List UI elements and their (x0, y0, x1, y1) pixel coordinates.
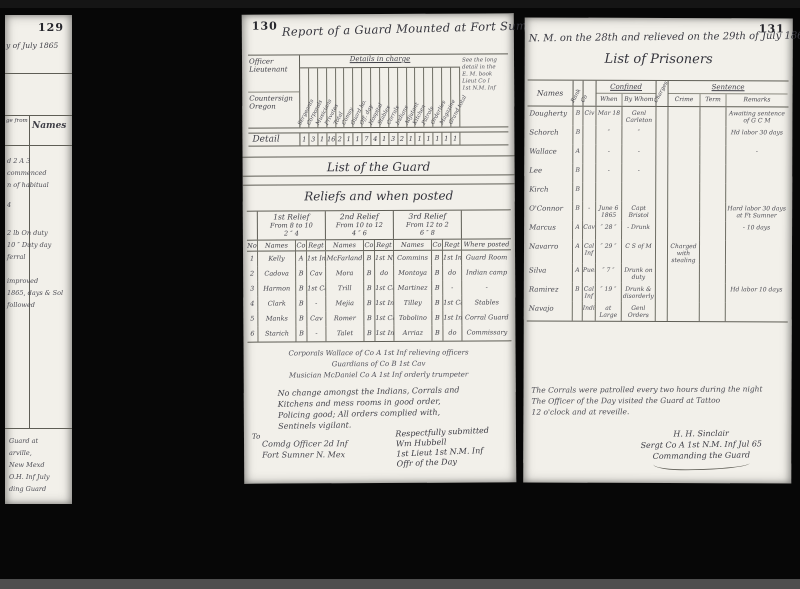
cell-co: A (296, 251, 307, 266)
cell-by-whom: Drunk on duty (622, 264, 656, 283)
cell-charges (656, 240, 668, 264)
cell-co (583, 145, 596, 164)
cell-prisoner-name: Navarro (527, 240, 573, 264)
prisoner-row: Marcus A Cav ″ 28 ″ - Drunk - 10 days (527, 221, 788, 241)
cell-by-whom: Genl Carleton (622, 107, 656, 126)
relief-hours: From 10 to 12 (326, 221, 393, 229)
cell-when-confined: June 6 1865 (596, 202, 622, 221)
cell-co: Cal Inf (583, 240, 596, 264)
prisoner-row: Wallace A - - - (527, 145, 788, 165)
header-term: Term (701, 94, 727, 106)
relief-rows: 1 Kelly A 1st Inf McFarland B 1st NM Com… (247, 250, 511, 341)
page-number-130: 130 (252, 20, 278, 33)
cell-no: 1 (247, 252, 258, 267)
closing-address: Comdg Officer 2d InfFort Sumner N. Mex (262, 438, 348, 460)
col-co: Co (432, 240, 443, 250)
cell-where-posted: Commissary (462, 325, 511, 340)
cell-rank: A (573, 221, 583, 240)
detail-row-label: Detail (248, 133, 300, 145)
detail-count-cell: 1 (434, 133, 443, 145)
header-confined-subcolumns: When By Whom (597, 94, 656, 106)
ledger-fragment: ferral (7, 251, 71, 263)
col-co: Co (364, 240, 375, 250)
col-regt: Regt (307, 240, 326, 250)
cell-co: Pueblo (583, 264, 596, 283)
cell-when-confined (596, 183, 622, 202)
detail-count-cell: 1 (300, 133, 309, 145)
signature-flourish (654, 462, 750, 470)
cell-by-whom: - Drunk (622, 221, 656, 240)
cell-crime (668, 283, 700, 302)
cell-charges (656, 302, 668, 321)
cell-co: B (364, 311, 375, 326)
cell-term (700, 264, 726, 283)
relief-row: 4 Clark B - Mejia B 1st Inf Tilley B 1st… (247, 295, 511, 311)
rule-line (5, 145, 72, 146)
relief-title: 2nd Relief (326, 212, 393, 221)
relief-row: 5 Manks B Cav Romer B 1st Cav Tobolino B… (247, 310, 511, 326)
cell-regt: - (307, 296, 326, 311)
relief-hours-2: 6 ″ 8 (394, 229, 461, 237)
cell-rank: A (573, 264, 583, 283)
cell-name: Martinez (394, 281, 432, 296)
countersign-label: Countersign (249, 94, 293, 102)
cell-term (700, 302, 726, 321)
scan-top-edge (0, 0, 800, 8)
cell-term (700, 183, 726, 202)
detail-count-cell: 4 (371, 133, 380, 145)
col-names: Names (394, 240, 432, 250)
cell-name: Starich (258, 326, 296, 341)
header-when: When (597, 94, 623, 106)
scan-bottom-edge (0, 579, 800, 589)
cell-when-confined: ″ (596, 126, 622, 145)
cell-by-whom: ″ (622, 126, 656, 145)
prisoners-page-131: 131 N. M. on the 28th and relieved on th… (523, 18, 793, 484)
cell-name: Arriaz (394, 326, 432, 341)
ledger-fragment: New Mexd (9, 459, 71, 471)
cell-regt: 1st Cav (443, 296, 462, 311)
cell-name: Mora (326, 266, 364, 281)
cell-charges (656, 126, 668, 145)
cell-prisoner-name: Dougherty (527, 107, 573, 126)
patrol-remark-line: The Corrals were patrolled every two hou… (531, 383, 785, 395)
cell-rank: B (573, 164, 583, 183)
cell-by-whom: Drunk & disorderly (622, 283, 656, 302)
prisoner-row: Kirch B (527, 183, 788, 203)
cell-remarks: Hard labor 30 days at Ft Sumner (726, 202, 787, 221)
cell-co (583, 126, 596, 145)
cell-rank: B (573, 107, 583, 126)
col-no: No (247, 241, 258, 251)
cell-charges (656, 202, 668, 221)
cell-co (583, 164, 596, 183)
cell-remarks (726, 240, 787, 264)
column-header-fragment: ge from (6, 118, 28, 125)
col-where-posted: Where posted (462, 239, 511, 249)
detail-side-note: See the longdetail in theE. M. bookLieut… (460, 54, 508, 126)
relief-row: 6 Starich B - Talet B 1st Inf Arriaz B d… (247, 325, 511, 341)
cell-when-confined: at Large (596, 302, 622, 321)
cell-no: 6 (247, 327, 258, 342)
detail-count-cell: 3 (309, 133, 318, 145)
officer-label: Officer (249, 58, 273, 66)
ledger-fragment: ding Guard (9, 483, 71, 495)
col-regt: Regt (375, 240, 394, 250)
relief-table: 1st Relief From 8 to 10 2 ″ 4 2nd Relief… (247, 209, 512, 342)
ledger-fragment: improved (7, 275, 71, 287)
relief-group-2: 2nd Relief From 10 to 12 4 ″ 6 (326, 211, 394, 239)
officer-cell: Officer Lieutenant (248, 55, 299, 92)
guard-report-page-130: 130 Report of a Guard Mounted at Fort Su… (242, 13, 516, 483)
prisoner-row: Ramirez B Cal Inf ″ 19 ″ Drunk & disorde… (527, 283, 788, 303)
cell-remarks: Hd labor 10 days (726, 283, 787, 302)
cell-when-confined: ″ 19 ″ (596, 283, 622, 302)
cell-rank: B (573, 126, 583, 145)
ledger-fragment: Guard at (9, 435, 71, 447)
cell-charges (656, 107, 668, 126)
header-remarks: Remarks (727, 94, 788, 106)
relief-row: 1 Kelly A 1st Inf McFarland B 1st NM Com… (247, 250, 511, 266)
cell-prisoner-name: Silva (527, 264, 573, 283)
ledger-fragment: followed (7, 299, 71, 311)
cell-remarks (726, 264, 787, 283)
relief-row: 2 Cadova B Cav Mora B do Montoya B do In… (247, 265, 511, 281)
cell-name: Trill (326, 281, 364, 296)
cell-rank: A (573, 240, 583, 264)
relief-post-corner (462, 210, 511, 238)
cell-regt: do (443, 326, 462, 341)
cell-name: Talet (326, 326, 364, 341)
guard-commander-signature: H. H. Sinclair Sergt Co A 1st N.M. Inf J… (631, 427, 772, 471)
detail-count-cell: 1 (407, 133, 416, 145)
cell-when-confined: ″ 7 ″ (596, 264, 622, 283)
cell-no: 4 (247, 297, 258, 312)
header-crime: Crime (669, 94, 701, 106)
cell-name: Manks (258, 311, 296, 326)
ledger-fragments: d 2 A 3 commencedn of habitual42 lb On d… (7, 155, 71, 311)
cell-regt: 1st Inf (375, 296, 394, 311)
cell-remarks (726, 302, 787, 321)
cell-co: B (364, 326, 375, 341)
cell-regt: 1st Inf (443, 311, 462, 326)
cell-crime (668, 164, 700, 183)
ledger-fragment: d 2 A 3 commenced (7, 155, 71, 179)
detail-count-cell: 1 (345, 133, 354, 145)
cell-where-posted: Stables (462, 295, 511, 310)
cell-by-whom: C S of M (622, 240, 656, 264)
report-title: Report of a Guard Mounted at Fort Sum (282, 19, 512, 39)
relief-title: 1st Relief (258, 212, 325, 221)
cell-remarks: - (726, 145, 787, 164)
guard-list-heading: List of the Guard (243, 155, 515, 176)
prisoner-rows: Dougherty B Civ Mar 18 Genl Carleton Awa… (527, 107, 789, 322)
cell-charges (656, 264, 668, 283)
cell-crime (668, 145, 700, 164)
detail-count-cells: 1311621174132111111 (300, 133, 460, 146)
cell-name: Tilley (394, 296, 432, 311)
ledger-fragment: 10 ″ Duty day (7, 239, 71, 251)
cell-crime: Charged with stealing (668, 240, 700, 264)
cell-regt: 1st Cav (375, 281, 394, 296)
signature-role: Commanding the Guard (631, 449, 771, 462)
cell-prisoner-name: O'Connor (527, 202, 573, 221)
column-header-names: Names (32, 121, 66, 131)
cell-charges (656, 221, 668, 240)
closing-signature: Respectfully submittedWm Hubbell1st Lieu… (395, 426, 490, 470)
cell-crime (668, 221, 700, 240)
detail-count-cell: 2 (336, 133, 345, 145)
cell-co: B (432, 326, 443, 341)
cell-regt: 1st Inf (375, 326, 394, 341)
cell-name: Mejia (326, 296, 364, 311)
prisoner-row: Lee B - - (527, 164, 788, 184)
detail-count-cell: 1 (425, 133, 434, 145)
cell-by-whom: Capt Bristol (622, 202, 656, 221)
cell-by-whom: - (622, 145, 656, 164)
countersign-value: Oregon (249, 102, 275, 110)
prisoner-row: Silva A Pueblo ″ 7 ″ Drunk on duty (527, 264, 788, 284)
cell-co: B (364, 281, 375, 296)
cell-name: Commins (394, 251, 432, 266)
cell-regt: 1st Cav (375, 311, 394, 326)
detail-count-cell: 16 (327, 133, 336, 145)
cell-name: Montoya (394, 266, 432, 281)
cell-regt: Cav (307, 266, 326, 281)
cell-co: Cal Inf (583, 283, 596, 302)
cell-co: B (296, 311, 307, 326)
cell-co: B (364, 251, 375, 266)
cell-rank: B (573, 183, 583, 202)
cell-regt: do (375, 266, 394, 281)
col-names: Names (258, 240, 296, 250)
cell-regt: 1st Cav (307, 281, 326, 296)
cell-prisoner-name: Kirch (527, 183, 573, 202)
prisoners-heading: List of Prisoners (525, 52, 793, 68)
cell-regt: 1st Inf (307, 251, 326, 266)
closing-to: To (252, 433, 260, 441)
cell-regt: 1st NM (375, 251, 394, 266)
header-names: Names (528, 81, 574, 106)
header-confined-group: Confined When By Whom (597, 81, 657, 106)
report-title-continuation: N. M. on the 28th and relieved on the 29… (529, 31, 791, 45)
relief-group-header: 1st Relief From 8 to 10 2 ″ 4 2nd Relief… (247, 210, 511, 240)
cell-prisoner-name: Ramirez (527, 283, 573, 302)
detail-count-cell: 7 (363, 133, 372, 145)
header-sentence: Sentence (669, 81, 788, 94)
cell-where-posted: Indian camp (462, 265, 511, 280)
patrol-remark-line: 12 o'clock and at reveille. (532, 405, 786, 417)
prisoner-row: O'Connor B - June 6 1865 Capt Bristol Ha… (527, 202, 788, 222)
cell-co: B (296, 326, 307, 341)
cell-remarks (726, 183, 787, 202)
patrol-remarks: The Corrals were patrolled every two hou… (531, 383, 785, 417)
cell-when-confined: ″ 29 ″ (596, 240, 622, 264)
ledger-fragment: arville, (9, 447, 71, 459)
prisoner-row: Navajo Indian at Large Genl Orders (527, 302, 788, 322)
cell-co: Indian (583, 302, 596, 321)
detail-count-cell: 2 (398, 133, 407, 145)
detail-count-cell: 1 (442, 133, 451, 145)
guard-detail-table: Officer Lieutenant Countersign Oregon De… (248, 53, 508, 128)
cell-co: B (296, 296, 307, 311)
guard-note-line: Musician McDaniel Co A 1st Inf orderly t… (254, 369, 504, 381)
ledger-bottom-fragments: Guard atarville,New MexdO.H. Inf Julydin… (9, 435, 71, 495)
ledger-fragment: 1865, days & Sol (7, 287, 71, 299)
header-by-whom: By Whom (622, 94, 655, 106)
cell-charges (656, 183, 668, 202)
cell-remarks: Hd labor 30 days (726, 126, 787, 145)
cell-where-posted: Guard Room (462, 250, 511, 265)
cell-prisoner-name: Wallace (527, 145, 573, 164)
cell-no: 3 (247, 282, 258, 297)
cell-name: Cadova (258, 266, 296, 281)
header-co: Co (584, 81, 597, 106)
cell-when-confined: Mar 18 (596, 107, 622, 126)
cell-by-whom: Genl Orders (622, 302, 656, 321)
cell-no: 2 (247, 267, 258, 282)
cell-regt: Cav (307, 311, 326, 326)
countersign-cell: Countersign Oregon (248, 92, 299, 128)
cell-co: Cav (583, 221, 596, 240)
relief-title: 3rd Relief (394, 212, 461, 221)
cell-by-whom (622, 183, 656, 202)
cell-where-posted: Corral Guard (462, 310, 511, 325)
date-fragment: y of July 1865 (6, 41, 58, 50)
closing-address-line: Comdg Officer 2d Inf (262, 438, 348, 449)
cell-charges (656, 145, 668, 164)
cell-crime (668, 183, 700, 202)
prisoner-row: Schorch B ″ ″ Hd labor 30 days (527, 126, 788, 146)
relief-group-1: 1st Relief From 8 to 10 2 ″ 4 (258, 211, 326, 239)
officer-value: Lieutenant (249, 65, 288, 73)
cell-co: B (432, 251, 443, 266)
detail-count-row: Detail 1311621174132111111 (248, 131, 508, 146)
page-number-129: 129 (38, 21, 64, 34)
closing-address-line: Fort Sumner N. Mex (262, 449, 348, 460)
cell-co: B (364, 296, 375, 311)
cell-charges (656, 164, 668, 183)
prisoner-table-header: Names Rank Co Confined When By Whom Char… (528, 81, 789, 108)
reliefs-heading: Reliefs and when posted (243, 183, 515, 203)
header-sentence-subcolumns: Crime Term Remarks (669, 94, 788, 106)
cell-regt: - (443, 281, 462, 296)
rule-line (5, 428, 72, 429)
cell-where-posted: - (462, 280, 511, 295)
guard-remarks: No change amongst the Indians, Corrals a… (277, 384, 473, 432)
cell-crime (668, 202, 700, 221)
cell-no: 5 (247, 312, 258, 327)
ledger-page-129: 129 y of July 1865 ge from Names d 2 A 3… (5, 15, 72, 504)
cell-term (700, 145, 726, 164)
col-names: Names (326, 240, 364, 250)
cell-prisoner-name: Navajo (527, 302, 573, 321)
detail-count-cell: 1 (354, 133, 363, 145)
cell-prisoner-name: Marcus (527, 221, 573, 240)
cell-co: B (296, 281, 307, 296)
cell-co: B (296, 266, 307, 281)
cell-term (700, 202, 726, 221)
header-sentence-group: Sentence Crime Term Remarks (669, 81, 788, 106)
prisoner-row: Dougherty B Civ Mar 18 Genl Carleton Awa… (527, 107, 788, 127)
cell-co: B (432, 281, 443, 296)
details-in-charge-band: Details in charge (300, 55, 460, 69)
header-charges: Charges (657, 81, 669, 106)
cell-prisoner-name: Schorch (527, 126, 573, 145)
cell-term (700, 126, 726, 145)
film-background: { "colors":{"film_background":"#070707",… (0, 0, 800, 589)
ledger-fragment: 2 lb On duty (7, 227, 71, 239)
cell-when-confined: ″ 28 ″ (596, 221, 622, 240)
relief-row: 3 Harmon B 1st Cav Trill B 1st Cav Marti… (247, 280, 511, 296)
relief-group-3: 3rd Relief From 12 to 2 6 ″ 8 (394, 211, 462, 239)
cell-regt: - (307, 326, 326, 341)
cell-remarks: Awaiting sentence of G C M (726, 107, 787, 126)
cell-rank: B (573, 202, 583, 221)
rule-line (5, 73, 72, 74)
detail-count-cell: 1 (318, 133, 327, 145)
detail-column: Grand total (451, 68, 460, 127)
cell-name: McFarland (326, 251, 364, 266)
relief-corner-cell (247, 212, 258, 240)
side-note-line: 1st N.M. Inf (462, 85, 506, 92)
cell-crime (668, 264, 700, 283)
cell-name: Kelly (258, 251, 296, 266)
cell-when-confined: - (596, 145, 622, 164)
detail-columns-region: Details in charge SergeantsCorporalsMusi… (300, 55, 460, 128)
detail-row-tail (460, 132, 508, 144)
cell-co: B (432, 266, 443, 281)
cell-regt: 1st Inf (443, 251, 462, 266)
cell-co: B (432, 311, 443, 326)
cell-name: Clark (258, 296, 296, 311)
cell-prisoner-name: Lee (527, 164, 573, 183)
cell-co: - (583, 202, 596, 221)
cell-remarks (726, 164, 787, 183)
detail-count-cell: 3 (389, 133, 398, 145)
cell-regt: do (443, 266, 462, 281)
cell-term (700, 107, 726, 126)
guard-note-line: Corporals Wallace of Co A 1st Inf reliev… (254, 347, 504, 359)
ledger-fragment: 4 (7, 199, 71, 211)
relief-hours-2: 2 ″ 4 (258, 229, 325, 237)
cell-co: Civ (583, 107, 596, 126)
cell-name: Tobolino (394, 311, 432, 326)
guard-notes: Corporals Wallace of Co A 1st Inf reliev… (254, 347, 504, 381)
cell-rank: A (573, 145, 583, 164)
cell-when-confined: - (596, 164, 622, 183)
cell-term (700, 240, 726, 264)
ledger-fragment: O.H. Inf July (9, 471, 71, 483)
detail-count-cell: 1 (380, 133, 389, 145)
cell-co (583, 183, 596, 202)
detail-columns: SergeantsCorporalsMusiciansPrivatesTotal… (300, 68, 460, 128)
cell-crime (668, 126, 700, 145)
cell-by-whom: - (622, 164, 656, 183)
ledger-fragment: n of habitual (7, 179, 71, 191)
rule-line (5, 115, 72, 116)
detail-count-cell: 1 (451, 133, 460, 145)
cell-rank: B (573, 283, 583, 302)
detail-count-cell: 1 (416, 133, 425, 145)
cell-remarks: - 10 days (726, 221, 787, 240)
cell-term (700, 221, 726, 240)
cell-name: Harmon (258, 281, 296, 296)
cell-name: Romer (326, 311, 364, 326)
cell-term (700, 164, 726, 183)
cell-co: B (432, 296, 443, 311)
cell-crime (668, 302, 700, 321)
